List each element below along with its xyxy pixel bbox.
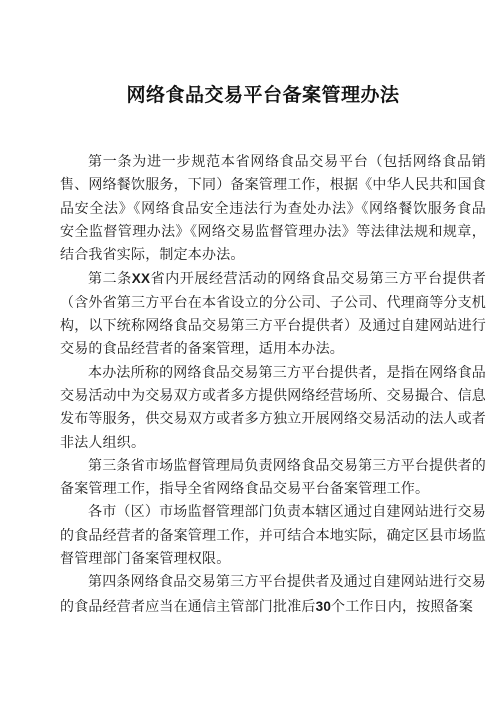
text-run: 各市（区）市场监督管理部门负责本辖区通过自建网站进行交易的食品经营者的备案管理工… xyxy=(60,505,486,567)
paragraph: 第四条网络食品交易第三方平台提供者及通过自建网站进行交易的食品经营者应当在通信主… xyxy=(60,571,486,619)
text-run: 第三条省市场监督管理局负责网络食品交易第三方平台提供者的备案管理工作，指导全省网… xyxy=(60,459,486,497)
paragraph: 本办法所称的网络食品交易第三方平台提供者，是指在网络食品交易活动中为交易双方或者… xyxy=(60,362,486,455)
document-page: 网络食品交易平台备案管理办法 第一条为进一步规范本省网络食品交易平台（包括网络食… xyxy=(0,0,500,707)
text-run: 第二条 xyxy=(88,272,132,287)
paragraph: 第二条XX省内开展经营活动的网络食品交易第三方平台提供者（含外省第三方平台在本省… xyxy=(60,267,486,361)
paragraph: 各市（区）市场监督管理部门负责本辖区通过自建网站进行交易的食品经营者的备案管理工… xyxy=(60,501,486,571)
text-run: 第一条为进一步规范本省网络食品交易平台（包括网络食品销售、网络餐饮服务，下同）备… xyxy=(60,155,486,263)
bold-run: XX xyxy=(132,271,150,286)
paragraph: 第一条为进一步规范本省网络食品交易平台（包括网络食品销售、网络餐饮服务，下同）备… xyxy=(60,151,486,267)
paragraph: 第三条省市场监督管理局负责网络食品交易第三方平台提供者的备案管理工作，指导全省网… xyxy=(60,455,486,502)
document-body: 第一条为进一步规范本省网络食品交易平台（包括网络食品销售、网络餐饮服务，下同）备… xyxy=(60,151,486,619)
document-title: 网络食品交易平台备案管理办法 xyxy=(50,0,476,107)
bold-run: 30 xyxy=(316,599,331,614)
text-run: 个工作日内，按照备案 xyxy=(331,600,473,615)
text-run: 本办法所称的网络食品交易第三方平台提供者，是指在网络食品交易活动中为交易双方或者… xyxy=(60,366,486,451)
